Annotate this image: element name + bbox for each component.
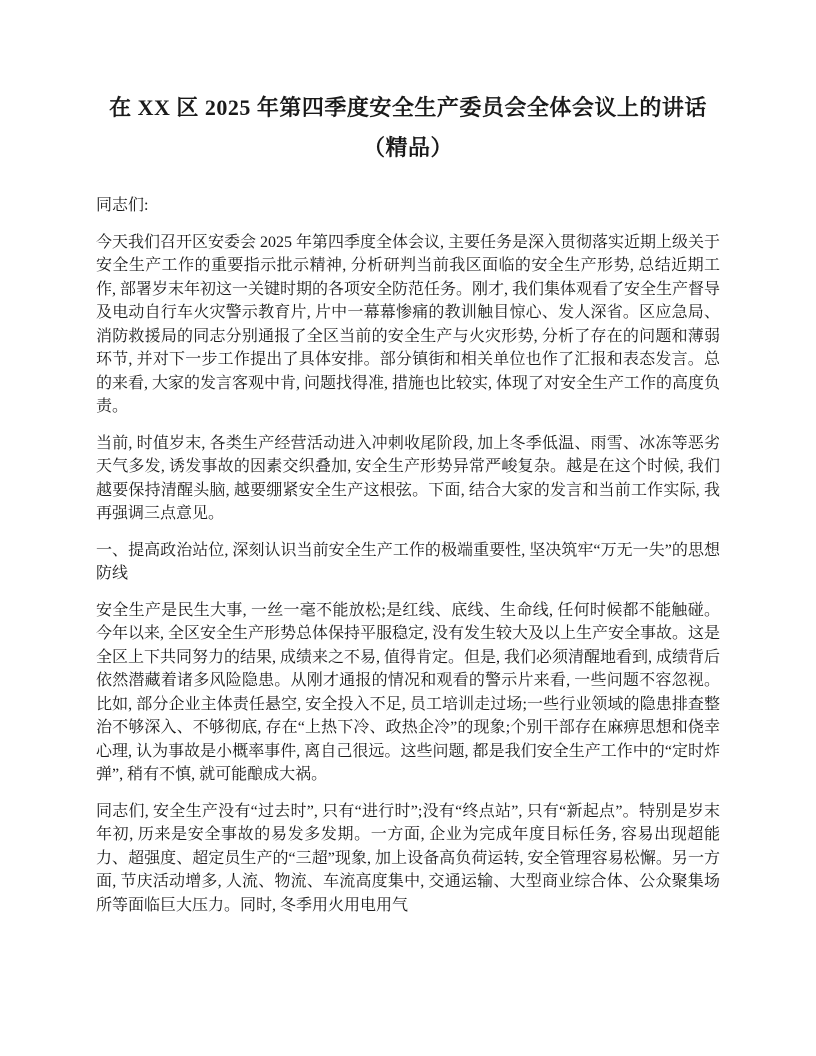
paragraph-current-situation: 当前, 时值岁末, 各类生产经营活动进入冲刺收尾阶段, 加上冬季低温、雨雪、冰冻… bbox=[96, 432, 720, 526]
paragraph-opening: 今天我们召开区安委会 2025 年第四季度全体会议, 主要任务是深入贯彻落实近期… bbox=[96, 231, 720, 419]
document-title: 在 XX 区 2025 年第四季度安全生产委员会全体会议上的讲话（精品） bbox=[96, 88, 720, 168]
paragraph-section1-analysis: 安全生产是民生大事, 一丝一毫不能放松;是红线、底线、生命线, 任何时候都不能触… bbox=[96, 599, 720, 787]
section-heading-1: 一、提高政治站位, 深刻认识当前安全生产工作的极端重要性, 坚决筑牢“万无一失”… bbox=[96, 539, 720, 586]
salutation: 同志们: bbox=[96, 194, 720, 218]
document-page: 在 XX 区 2025 年第四季度安全生产委员会全体会议上的讲话（精品） 同志们… bbox=[0, 0, 816, 1056]
paragraph-yearend-risks: 同志们, 安全生产没有“过去时”, 只有“进行时”;没有“终点站”, 只有“新起… bbox=[96, 800, 720, 918]
